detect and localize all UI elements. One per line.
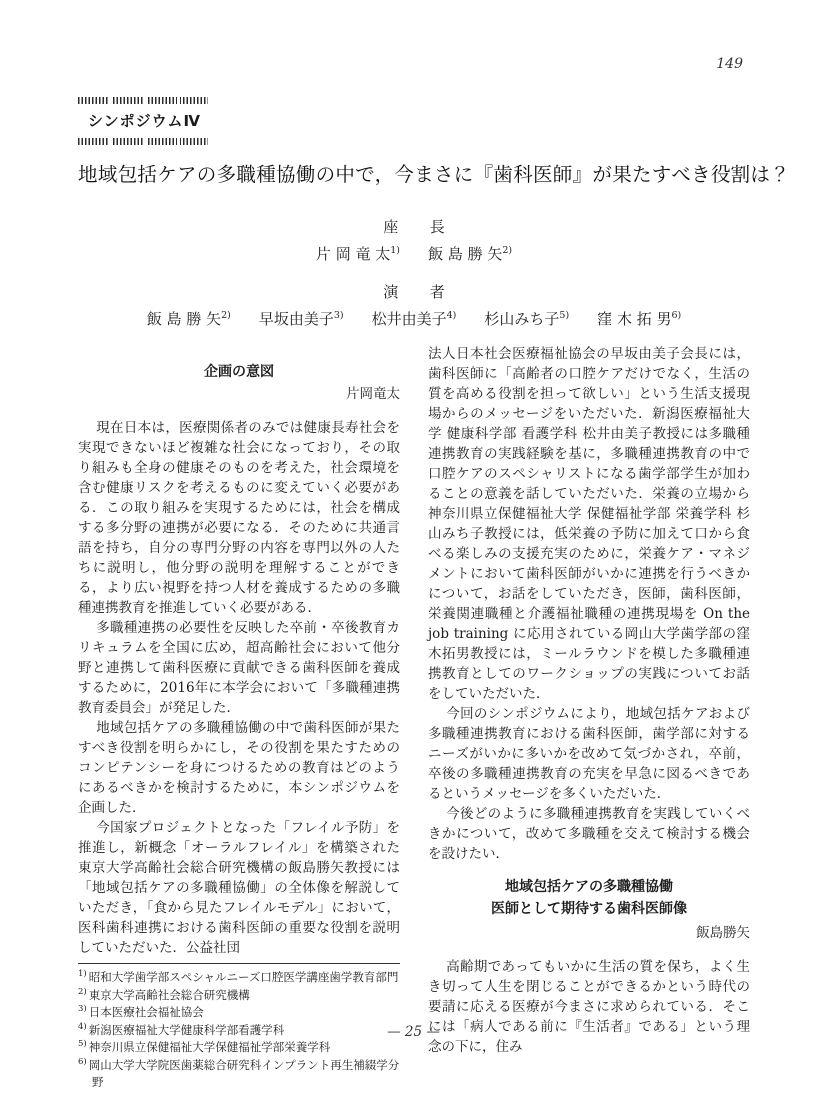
speaker-name: 飯 島 勝 矢2) [147,308,231,329]
talk1-heading-line1: 地域包括ケアの多職種協働 [428,876,750,898]
paragraph: 今回のシンポジウムにより，地域包括ケアおよび多職種連携教育における歯科医師，歯学… [428,704,750,804]
footnote: 2)東京大学高齢社会総合研究機構 [78,987,400,1005]
speaker-name: 松井由美子4) [372,308,457,329]
meta-block: 座 長 片 岡 竜 太1) 飯 島 勝 矢2) 演 者 飯 島 勝 矢2) 早坂… [78,216,750,329]
symposium-label: シンポジウムⅣ [78,104,208,138]
affiliation-ref: 2) [502,245,512,256]
footnote: 5)神奈川県立保健福祉大学保健福祉学部栄養学科 [78,1039,400,1057]
chair-name: 飯 島 勝 矢2) [428,243,512,264]
right-column: 法人日本社会医療福祉協会の早坂由美子会長には，歯科医師に「高齢者の口腔ケアだけで… [428,344,750,1092]
paragraph: 地域包括ケアの多職種協働の中で歯科医師が果たすべき役割を明らかにし，その役割を果… [78,718,400,818]
page-number-bottom: — 25 — [0,1024,827,1040]
section-heading-intro: 企画の意図 [78,361,400,381]
paragraph: 今後どのように多職種連携教育を実践していくべきかについて，改めて多職種を交えて検… [428,804,750,864]
chair-names: 片 岡 竜 太1) 飯 島 勝 矢2) [78,243,750,264]
speaker-block: 演 者 飯 島 勝 矢2) 早坂由美子3) 松井由美子4) 杉山みち子5) 窪 … [78,281,750,329]
footnote: 1)昭和大学歯学部スペシャルニーズ口腔医学講座歯学教育部門 [78,969,400,987]
affiliation-ref: 5) [559,310,569,321]
talk1-byline: 飯島勝矢 [428,923,750,943]
footnote: 3)日本医療社会福祉協会 [78,1004,400,1022]
article-title: 地域包括ケアの多職種協働の中で，今まさに『歯科医師』が果たすべき役割は？ [78,159,754,187]
footnote: 6)岡山大学大学院医歯薬総合研究科インプラント再生補綴学分野 [78,1057,400,1092]
chair-role-label: 座 長 [78,216,750,237]
paragraph: 今国家プロジェクトとなった「フレイル予防」を推進し，新概念「オーラルフレイル」を… [78,818,400,958]
hatch-bar-bottom-icon [78,138,208,145]
symposium-banner: シンポジウムⅣ [78,97,208,145]
hatch-bar-top-icon [78,97,208,104]
affiliation-ref: 6) [671,310,681,321]
affiliation-ref: 4) [447,310,457,321]
speaker-names: 飯 島 勝 矢2) 早坂由美子3) 松井由美子4) 杉山みち子5) 窪 木 拓 … [78,308,750,329]
affiliation-ref: 3) [334,310,344,321]
intro-byline: 片岡竜太 [78,384,400,404]
paragraph: 高齢期であってもいかに生活の質を保ち，よく生き切って人生を閉じることができるかと… [428,957,750,1057]
talk1-heading-line2: 医師として期待する歯科医師像 [428,898,750,920]
paragraph: 多職種連携の必要性を反映した卒前・卒後教育カリキュラムを全国に広め，超高齢社会に… [78,618,400,718]
two-column-body: 企画の意図 片岡竜太 現在日本は，医療関係者のみでは健康長寿社会を実現できないほ… [78,344,750,1092]
speaker-role-label: 演 者 [78,281,750,302]
journal-page: 149 シンポジウムⅣ 地域包括ケアの多職種協働の中で，今まさに『歯科医師』が果… [0,0,827,1103]
left-column: 企画の意図 片岡竜太 現在日本は，医療関係者のみでは健康長寿社会を実現できないほ… [78,344,400,1092]
speaker-name: 窪 木 拓 男6) [597,308,681,329]
section-heading-talk1: 地域包括ケアの多職種協働 医師として期待する歯科医師像 [428,876,750,920]
paragraph: 法人日本社会医療福祉協会の早坂由美子会長には，歯科医師に「高齢者の口腔ケアだけで… [428,344,750,704]
speaker-name: 杉山みち子5) [484,308,569,329]
affiliation-ref: 1) [390,245,400,256]
affiliation-ref: 2) [221,310,231,321]
page-number-top: 149 [716,56,743,72]
chair-name: 片 岡 竜 太1) [316,243,400,264]
speaker-name: 早坂由美子3) [259,308,344,329]
paragraph: 現在日本は，医療関係者のみでは健康長寿社会を実現できないほど複雑な社会になってお… [78,418,400,618]
